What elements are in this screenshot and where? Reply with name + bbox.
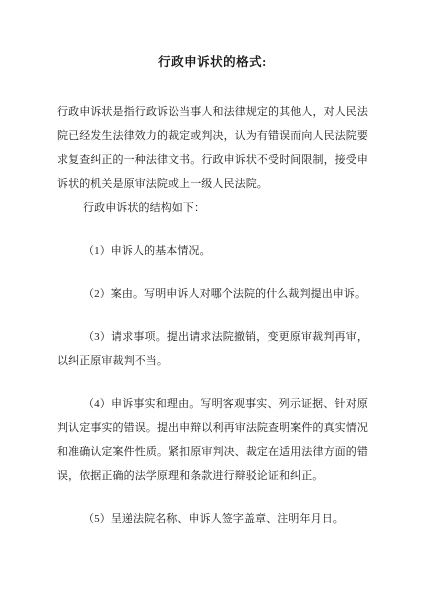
document-page: 行政申诉状的格式: 行政申诉状是指行政诉讼当事人和法律规定的其他人，对人民法院已… [0, 0, 424, 600]
structure-lead-paragraph: 行政申诉状的结构如下： [57, 196, 368, 220]
list-item-3: （3）请求事项。提出请求法院撤销，变更原审裁判再审，以纠正原审裁判不当。 [57, 325, 368, 373]
list-item-4: （4）申诉事实和理由。写明客观事实、列示证据、针对原判认定事实的错误。提出申辩以… [57, 392, 368, 488]
list-item-1: （1）申诉人的基本情况。 [57, 239, 368, 263]
document-title: 行政申诉状的格式: [57, 53, 368, 71]
intro-paragraph: 行政申诉状是指行政诉讼当事人和法律规定的其他人，对人民法院已经发生法律效力的裁定… [57, 100, 368, 196]
list-item-5: （5）呈递法院名称、申诉人签字盖章、注明年月日。 [57, 507, 368, 531]
list-item-2: （2）案由。写明申诉人对哪个法院的什么裁判提出申诉。 [57, 282, 368, 306]
